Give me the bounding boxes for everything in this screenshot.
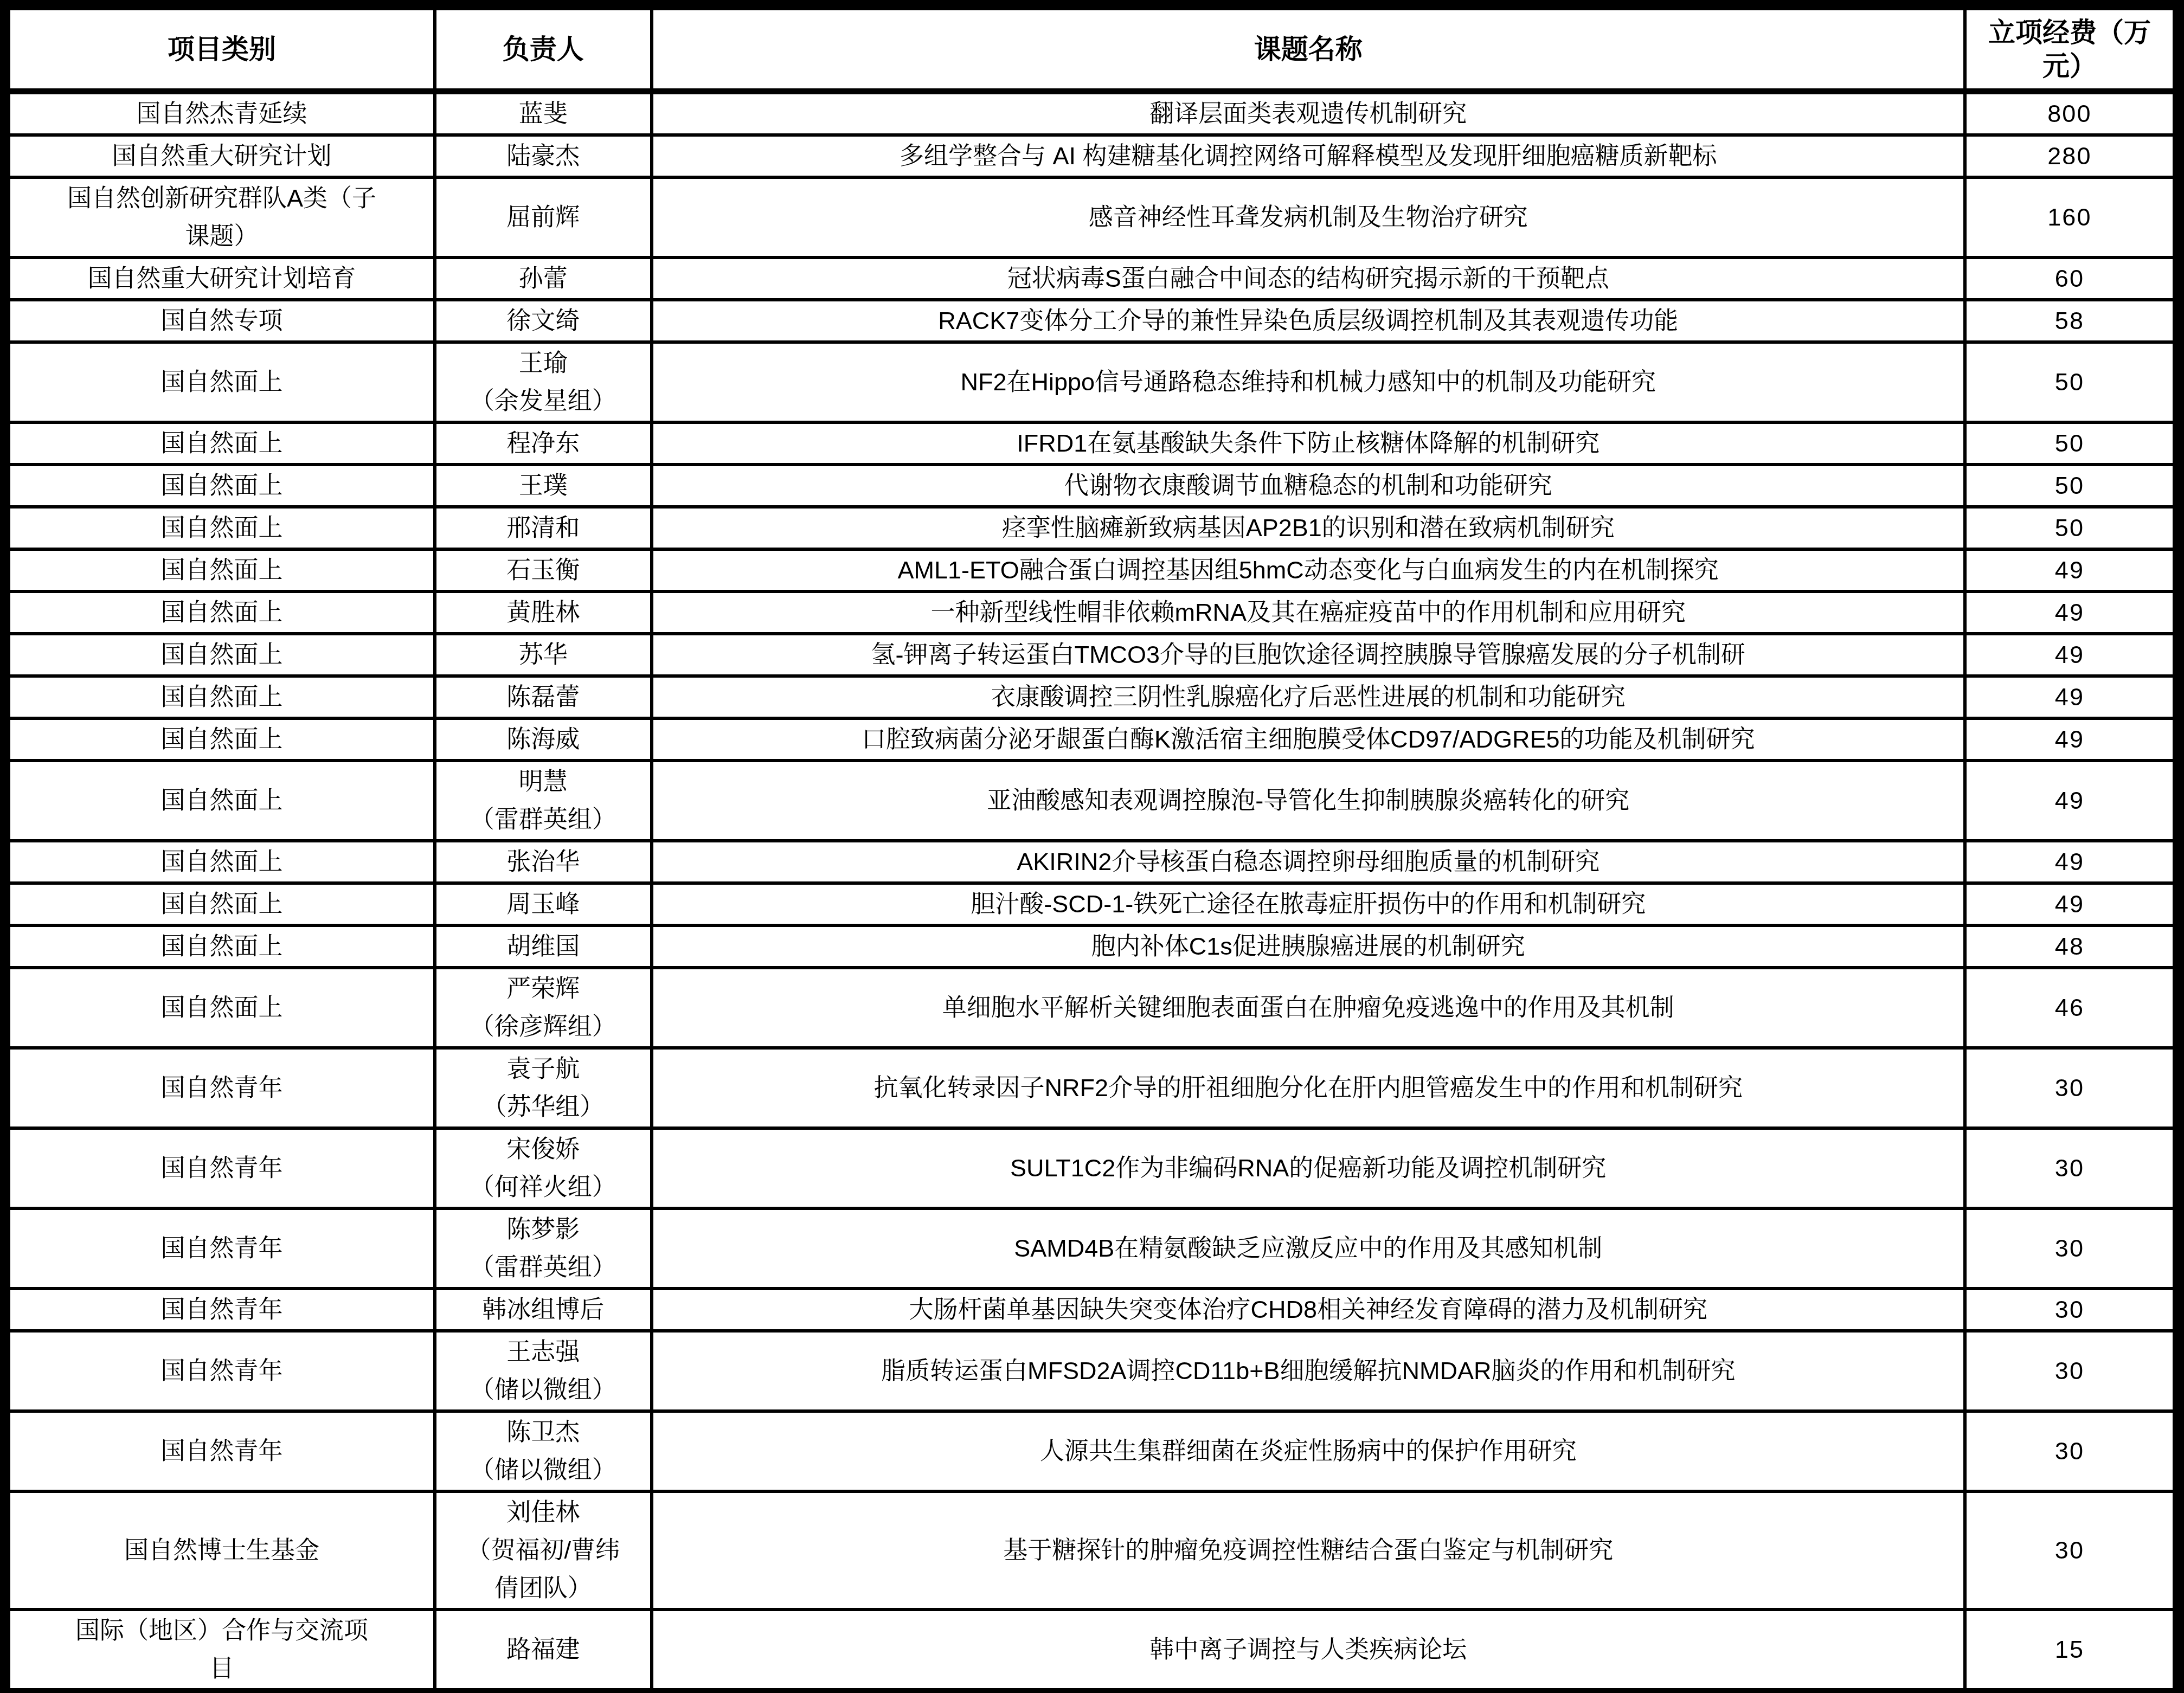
funding-cell: 49 [1965, 883, 2175, 925]
funding-cell: 49 [1965, 841, 2175, 883]
funding-cell: 49 [1965, 676, 2175, 718]
title-cell: AKIRIN2介导核蛋白稳态调控卵母细胞质量的机制研究 [652, 841, 1965, 883]
table-row: 国自然面上王瑜 （余发星组）NF2在Hippo信号通路稳态维持和机械力感知中的机… [8, 342, 2175, 422]
column-header-lead: 负责人 [435, 8, 652, 92]
funding-cell: 50 [1965, 465, 2175, 507]
title-cell: 一种新型线性帽非依赖mRNA及其在癌症疫苗中的作用机制和应用研究 [652, 591, 1965, 634]
funding-cell: 160 [1965, 177, 2175, 258]
title-cell: 感音神经性耳聋发病机制及生物治疗研究 [652, 177, 1965, 258]
lead-cell: 袁子航 （苏华组） [435, 1048, 652, 1128]
lead-cell: 屈前辉 [435, 177, 652, 258]
funding-cell: 49 [1965, 591, 2175, 634]
table-row: 国自然面上石玉衡AML1-ETO融合蛋白调控基因组5hmC动态变化与白血病发生的… [8, 549, 2175, 591]
category-cell: 国自然青年 [8, 1208, 435, 1289]
funding-cell: 58 [1965, 300, 2175, 342]
table-row: 国自然面上张治华AKIRIN2介导核蛋白稳态调控卵母细胞质量的机制研究49 [8, 841, 2175, 883]
table-row: 国自然青年陈卫杰 （储以微组）人源共生集群细菌在炎症性肠病中的保护作用研究30 [8, 1411, 2175, 1491]
category-cell: 国自然面上 [8, 718, 435, 761]
category-cell: 国自然面上 [8, 634, 435, 676]
column-header-funding: 立项经费（万 元） [1965, 8, 2175, 92]
category-cell: 国自然重大研究计划 [8, 135, 435, 177]
category-cell: 国自然青年 [8, 1048, 435, 1128]
title-cell: 代谢物衣康酸调节血糖稳态的机制和功能研究 [652, 465, 1965, 507]
table-body: 国自然杰青延续蓝斐翻译层面类表观遗传机制研究800国自然重大研究计划陆豪杰多组学… [8, 92, 2175, 1691]
table-row: 国自然面上周玉峰胆汁酸-SCD-1-铁死亡途径在脓毒症肝损伤中的作用和机制研究4… [8, 883, 2175, 925]
title-cell: 大肠杆菌单基因缺失突变体治疗CHD8相关神经发育障碍的潜力及机制研究 [652, 1289, 1965, 1331]
funding-cell: 50 [1965, 507, 2175, 549]
table-row: 国自然青年陈梦影 （雷群英组）SAMD4B在精氨酸缺乏应激反应中的作用及其感知机… [8, 1208, 2175, 1289]
title-cell: SAMD4B在精氨酸缺乏应激反应中的作用及其感知机制 [652, 1208, 1965, 1289]
table-row: 国自然面上陈磊蕾衣康酸调控三阴性乳腺癌化疗后恶性进展的机制和功能研究49 [8, 676, 2175, 718]
lead-cell: 蓝斐 [435, 92, 652, 136]
table-row: 国自然面上陈海威口腔致病菌分泌牙龈蛋白酶K激活宿主细胞膜受体CD97/ADGRE… [8, 718, 2175, 761]
title-cell: NF2在Hippo信号通路稳态维持和机械力感知中的机制及功能研究 [652, 342, 1965, 422]
category-cell: 国自然面上 [8, 507, 435, 549]
category-cell: 国自然青年 [8, 1128, 435, 1208]
table-row: 国自然创新研究群队A类（子 课题）屈前辉感音神经性耳聋发病机制及生物治疗研究16… [8, 177, 2175, 258]
funding-cell: 30 [1965, 1128, 2175, 1208]
category-cell: 国自然面上 [8, 883, 435, 925]
funding-cell: 800 [1965, 92, 2175, 136]
funding-cell: 46 [1965, 968, 2175, 1048]
funding-cell: 49 [1965, 718, 2175, 761]
title-cell: RACK7变体分工介导的兼性异染色质层级调控机制及其表观遗传功能 [652, 300, 1965, 342]
lead-cell: 陈卫杰 （储以微组） [435, 1411, 652, 1491]
title-cell: 胆汁酸-SCD-1-铁死亡途径在脓毒症肝损伤中的作用和机制研究 [652, 883, 1965, 925]
table-row: 国自然重大研究计划培育孙蕾冠状病毒S蛋白融合中间态的结构研究揭示新的干预靶点60 [8, 258, 2175, 300]
title-cell: AML1-ETO融合蛋白调控基因组5hmC动态变化与白血病发生的内在机制探究 [652, 549, 1965, 591]
lead-cell: 宋俊娇 （何祥火组） [435, 1128, 652, 1208]
table-row: 国自然青年韩冰组博后大肠杆菌单基因缺失突变体治疗CHD8相关神经发育障碍的潜力及… [8, 1289, 2175, 1331]
table-row: 国自然青年王志强 （储以微组）脂质转运蛋白MFSD2A调控CD11b+B细胞缓解… [8, 1331, 2175, 1411]
lead-cell: 王志强 （储以微组） [435, 1331, 652, 1411]
category-cell: 国自然面上 [8, 968, 435, 1048]
category-cell: 国自然面上 [8, 422, 435, 465]
lead-cell: 黄胜林 [435, 591, 652, 634]
category-cell: 国自然青年 [8, 1289, 435, 1331]
table-row: 国自然青年宋俊娇 （何祥火组）SULT1C2作为非编码RNA的促癌新功能及调控机… [8, 1128, 2175, 1208]
funding-cell: 30 [1965, 1411, 2175, 1491]
title-cell: 亚油酸感知表观调控腺泡-导管化生抑制胰腺炎癌转化的研究 [652, 761, 1965, 841]
funding-cell: 30 [1965, 1208, 2175, 1289]
category-cell: 国自然面上 [8, 676, 435, 718]
funding-cell: 15 [1965, 1610, 2175, 1691]
category-cell: 国自然专项 [8, 300, 435, 342]
title-cell: 痉挛性脑瘫新致病基因AP2B1的识别和潜在致病机制研究 [652, 507, 1965, 549]
funding-cell: 30 [1965, 1048, 2175, 1128]
lead-cell: 张治华 [435, 841, 652, 883]
table-row: 国自然面上邢清和痉挛性脑瘫新致病基因AP2B1的识别和潜在致病机制研究50 [8, 507, 2175, 549]
title-cell: 抗氧化转录因子NRF2介导的肝祖细胞分化在肝内胆管癌发生中的作用和机制研究 [652, 1048, 1965, 1128]
title-cell: 口腔致病菌分泌牙龈蛋白酶K激活宿主细胞膜受体CD97/ADGRE5的功能及机制研… [652, 718, 1965, 761]
funding-cell: 49 [1965, 634, 2175, 676]
category-cell: 国自然面上 [8, 761, 435, 841]
table-row: 国自然博士生基金刘佳林 （贺福初/曹纬 倩团队）基于糖探针的肿瘤免疫调控性糖结合… [8, 1491, 2175, 1610]
category-cell: 国自然青年 [8, 1331, 435, 1411]
category-cell: 国自然面上 [8, 465, 435, 507]
category-cell: 国自然面上 [8, 342, 435, 422]
lead-cell: 邢清和 [435, 507, 652, 549]
funding-cell: 48 [1965, 925, 2175, 968]
lead-cell: 刘佳林 （贺福初/曹纬 倩团队） [435, 1491, 652, 1610]
lead-cell: 韩冰组博后 [435, 1289, 652, 1331]
lead-cell: 陈梦影 （雷群英组） [435, 1208, 652, 1289]
lead-cell: 陈磊蕾 [435, 676, 652, 718]
lead-cell: 程净东 [435, 422, 652, 465]
lead-cell: 严荣辉 （徐彦辉组） [435, 968, 652, 1048]
table-row: 国自然重大研究计划陆豪杰多组学整合与 AI 构建糖基化调控网络可解释模型及发现肝… [8, 135, 2175, 177]
funding-table: 项目类别 负责人 课题名称 立项经费（万 元） 国自然杰青延续蓝斐翻译层面类表观… [5, 5, 2177, 1693]
category-cell: 国际（地区）合作与交流项 目 [8, 1610, 435, 1691]
title-cell: 单细胞水平解析关键细胞表面蛋白在肿瘤免疫逃逸中的作用及其机制 [652, 968, 1965, 1048]
title-cell: 基于糖探针的肿瘤免疫调控性糖结合蛋白鉴定与机制研究 [652, 1491, 1965, 1610]
table-row: 国自然面上胡维国胞内补体C1s促进胰腺癌进展的机制研究48 [8, 925, 2175, 968]
table-row: 国自然专项徐文绮RACK7变体分工介导的兼性异染色质层级调控机制及其表观遗传功能… [8, 300, 2175, 342]
lead-cell: 孙蕾 [435, 258, 652, 300]
title-cell: 氢-钾离子转运蛋白TMCO3介导的巨胞饮途径调控胰腺导管腺癌发展的分子机制研 [652, 634, 1965, 676]
lead-cell: 徐文绮 [435, 300, 652, 342]
funding-cell: 30 [1965, 1289, 2175, 1331]
category-cell: 国自然面上 [8, 841, 435, 883]
table-row: 国自然杰青延续蓝斐翻译层面类表观遗传机制研究800 [8, 92, 2175, 136]
header-row: 项目类别 负责人 课题名称 立项经费（万 元） [8, 8, 2175, 92]
table-row: 国自然面上黄胜林一种新型线性帽非依赖mRNA及其在癌症疫苗中的作用机制和应用研究… [8, 591, 2175, 634]
funding-cell: 50 [1965, 422, 2175, 465]
funding-cell: 30 [1965, 1331, 2175, 1411]
category-cell: 国自然青年 [8, 1411, 435, 1491]
title-cell: 冠状病毒S蛋白融合中间态的结构研究揭示新的干预靶点 [652, 258, 1965, 300]
funding-cell: 60 [1965, 258, 2175, 300]
title-cell: 胞内补体C1s促进胰腺癌进展的机制研究 [652, 925, 1965, 968]
category-cell: 国自然杰青延续 [8, 92, 435, 136]
table-row: 国自然面上王璞代谢物衣康酸调节血糖稳态的机制和功能研究50 [8, 465, 2175, 507]
lead-cell: 苏华 [435, 634, 652, 676]
lead-cell: 路福建 [435, 1610, 652, 1691]
funding-cell: 280 [1965, 135, 2175, 177]
funding-cell: 49 [1965, 549, 2175, 591]
table-row: 国自然面上严荣辉 （徐彦辉组）单细胞水平解析关键细胞表面蛋白在肿瘤免疫逃逸中的作… [8, 968, 2175, 1048]
funding-cell: 30 [1965, 1491, 2175, 1610]
lead-cell: 石玉衡 [435, 549, 652, 591]
title-cell: 人源共生集群细菌在炎症性肠病中的保护作用研究 [652, 1411, 1965, 1491]
table-frame: 项目类别 负责人 课题名称 立项经费（万 元） 国自然杰青延续蓝斐翻译层面类表观… [0, 0, 2184, 1671]
table-row: 国际（地区）合作与交流项 目路福建韩中离子调控与人类疾病论坛15 [8, 1610, 2175, 1691]
title-cell: 衣康酸调控三阴性乳腺癌化疗后恶性进展的机制和功能研究 [652, 676, 1965, 718]
funding-cell: 49 [1965, 761, 2175, 841]
lead-cell: 王瑜 （余发星组） [435, 342, 652, 422]
lead-cell: 胡维国 [435, 925, 652, 968]
table-row: 国自然面上程净东IFRD1在氨基酸缺失条件下防止核糖体降解的机制研究50 [8, 422, 2175, 465]
title-cell: IFRD1在氨基酸缺失条件下防止核糖体降解的机制研究 [652, 422, 1965, 465]
column-header-title: 课题名称 [652, 8, 1965, 92]
lead-cell: 明慧 （雷群英组） [435, 761, 652, 841]
title-cell: SULT1C2作为非编码RNA的促癌新功能及调控机制研究 [652, 1128, 1965, 1208]
title-cell: 多组学整合与 AI 构建糖基化调控网络可解释模型及发现肝细胞癌糖质新靶标 [652, 135, 1965, 177]
category-cell: 国自然重大研究计划培育 [8, 258, 435, 300]
title-cell: 脂质转运蛋白MFSD2A调控CD11b+B细胞缓解抗NMDAR脑炎的作用和机制研… [652, 1331, 1965, 1411]
table-row: 国自然面上明慧 （雷群英组）亚油酸感知表观调控腺泡-导管化生抑制胰腺炎癌转化的研… [8, 761, 2175, 841]
category-cell: 国自然面上 [8, 549, 435, 591]
table-row: 国自然青年袁子航 （苏华组）抗氧化转录因子NRF2介导的肝祖细胞分化在肝内胆管癌… [8, 1048, 2175, 1128]
category-cell: 国自然创新研究群队A类（子 课题） [8, 177, 435, 258]
category-cell: 国自然面上 [8, 591, 435, 634]
category-cell: 国自然面上 [8, 925, 435, 968]
category-cell: 国自然博士生基金 [8, 1491, 435, 1610]
table-row: 国自然面上苏华氢-钾离子转运蛋白TMCO3介导的巨胞饮途径调控胰腺导管腺癌发展的… [8, 634, 2175, 676]
lead-cell: 周玉峰 [435, 883, 652, 925]
title-cell: 翻译层面类表观遗传机制研究 [652, 92, 1965, 136]
lead-cell: 王璞 [435, 465, 652, 507]
lead-cell: 陆豪杰 [435, 135, 652, 177]
funding-cell: 50 [1965, 342, 2175, 422]
column-header-category: 项目类别 [8, 8, 435, 92]
title-cell: 韩中离子调控与人类疾病论坛 [652, 1610, 1965, 1691]
lead-cell: 陈海威 [435, 718, 652, 761]
